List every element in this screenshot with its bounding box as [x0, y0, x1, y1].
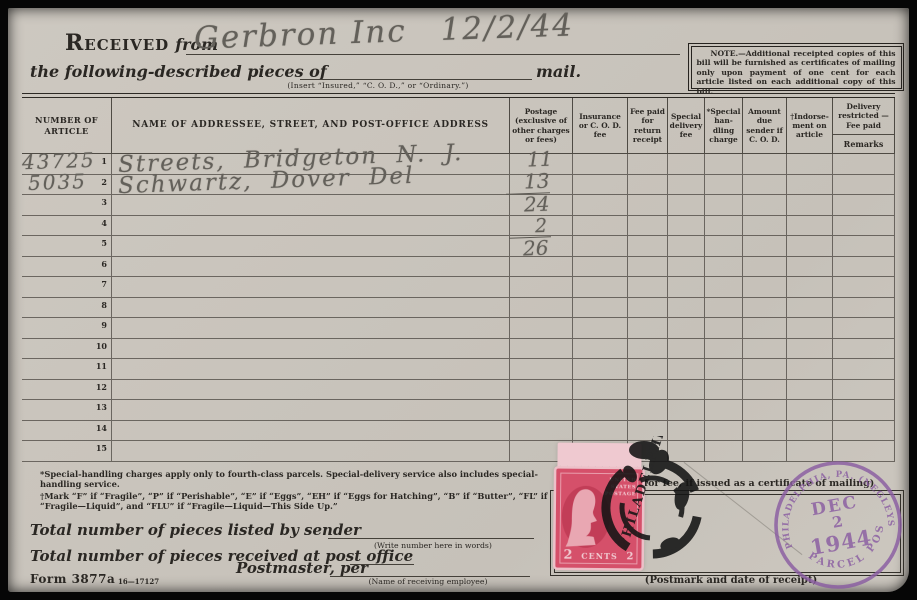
row-number: 15 [96, 441, 111, 453]
col-header-fee-4: Special delivery fee [668, 98, 705, 153]
table-cell [743, 298, 787, 319]
table-cell [705, 195, 743, 216]
table-cell [573, 339, 628, 360]
table-row: 14 [22, 421, 895, 442]
col-header-fee-2: Insurance or C. O. D. fee [573, 98, 628, 153]
table-cell [573, 400, 628, 421]
table-cell [628, 359, 668, 380]
insert-hint: (Insert “Insured,” “C. O. D.,” or “Ordin… [258, 81, 498, 90]
article-number-cell: 7 [22, 277, 112, 298]
table-cell [668, 236, 705, 257]
table-cell [705, 216, 743, 237]
table-cell [705, 318, 743, 339]
table-cell [573, 380, 628, 401]
mail-type-write-line [300, 52, 532, 80]
row-number: 14 [96, 421, 111, 433]
table-cell [787, 339, 833, 360]
delivery-restricted-label: Delivery restricted —Fee paid [833, 98, 894, 135]
table-cell [628, 257, 668, 278]
table-cell [743, 339, 787, 360]
table-cell [573, 216, 628, 237]
table-cell [743, 277, 787, 298]
table-cell [628, 318, 668, 339]
table-cell [112, 277, 510, 298]
received-label: Received [65, 30, 169, 56]
handwritten-sender-name: Gerbron Inc [193, 13, 407, 56]
table-cell [573, 318, 628, 339]
table-cell [787, 175, 833, 196]
table-cell [628, 339, 668, 360]
table-cell [705, 298, 743, 319]
article-number-cell: 13 [22, 400, 112, 421]
table-cell [628, 380, 668, 401]
col-header-fee-3: Fee paid for return receipt [628, 98, 668, 153]
table-cell [743, 421, 787, 442]
table-cell [743, 195, 787, 216]
table-cell [668, 154, 705, 175]
postage-subtotal: 24 [524, 192, 550, 217]
table-cell [510, 298, 573, 319]
table-cell [705, 400, 743, 421]
article-number-cell: 5 [22, 236, 112, 257]
table-cell [787, 400, 833, 421]
table-cell [668, 257, 705, 278]
table-cell [787, 380, 833, 401]
row-number: 5 [101, 236, 111, 248]
table-cell [833, 257, 895, 278]
col-header-fee-7: †Indorse- ment on article [787, 98, 833, 153]
table-row: 15 [22, 441, 895, 462]
total-listed-label: Total number of pieces listed by sender [30, 521, 361, 539]
article-number-cell: 9 [22, 318, 112, 339]
postmaster-write-line [330, 546, 530, 577]
table-cell [743, 216, 787, 237]
table-cell [628, 195, 668, 216]
table-cell [112, 318, 510, 339]
table-cell [510, 400, 573, 421]
article-number-cell: 15 [22, 441, 112, 462]
note-body: NOTE.—Additional receipted copies of thi… [697, 49, 896, 96]
row-number: 8 [101, 298, 111, 310]
employee-hint: (Name of receiving employee) [338, 577, 518, 586]
table-cell [573, 195, 628, 216]
table-cell [573, 277, 628, 298]
table-cell [705, 236, 743, 257]
table-cell [787, 236, 833, 257]
row-number: 12 [96, 380, 111, 392]
table-cell [743, 257, 787, 278]
black-cancel-mark: PHILADELPHIA [586, 436, 718, 578]
table-body: 123456789101112131415 [22, 154, 895, 462]
table-row: 12 [22, 380, 895, 401]
col-header-fee-1: Postage (exclusive of other charges or f… [510, 98, 573, 153]
table-cell [787, 277, 833, 298]
remarks-label: Remarks [833, 135, 894, 153]
table-cell [628, 154, 668, 175]
table-cell [743, 400, 787, 421]
table-cell [787, 216, 833, 237]
table-cell [112, 400, 510, 421]
table-cell [743, 318, 787, 339]
table-row: 3 [22, 195, 895, 216]
table-cell [573, 359, 628, 380]
table-cell [833, 421, 895, 442]
table-cell [510, 380, 573, 401]
article-number-cell: 6 [22, 257, 112, 278]
table-cell [705, 359, 743, 380]
col-header-number: NUMBER OF ARTICLE [22, 98, 112, 153]
table-row: 7 [22, 277, 895, 298]
footnotes: *Special-handling charges apply only to … [30, 469, 560, 512]
note-text: NOTE.—Additional receipted copies of thi… [691, 46, 902, 89]
article-number-cell: 11 [22, 359, 112, 380]
col-header-fee-5: *Special han- dling charge [705, 98, 743, 153]
table-cell [743, 380, 787, 401]
table-cell [743, 359, 787, 380]
table-cell [705, 175, 743, 196]
table-cell [668, 195, 705, 216]
purple-postmark: PHILADELPHIA, PA. (NEGLEYS MILL STA.) PA… [766, 453, 910, 597]
table-cell [573, 257, 628, 278]
table-cell [833, 195, 895, 216]
table-cell [573, 298, 628, 319]
table-cell [787, 359, 833, 380]
table-cell [668, 359, 705, 380]
table-cell [668, 400, 705, 421]
table-row: 8 [22, 298, 895, 319]
row-number: 4 [101, 216, 111, 228]
table-row: 4 [22, 216, 895, 237]
table-cell [833, 380, 895, 401]
table-cell [112, 339, 510, 360]
table-cell [833, 400, 895, 421]
table-cell [510, 277, 573, 298]
table-cell [787, 318, 833, 339]
table-cell [628, 298, 668, 319]
table-cell [787, 421, 833, 442]
table-cell [112, 421, 510, 442]
table-cell [833, 154, 895, 175]
note-box: NOTE.—Additional receipted copies of thi… [688, 43, 904, 91]
table-cell [787, 298, 833, 319]
table-cell [833, 216, 895, 237]
row-number: 7 [101, 277, 111, 289]
table-cell [112, 441, 510, 462]
table-cell [112, 298, 510, 319]
row-number: 9 [101, 318, 111, 330]
postage-2: 13 [524, 169, 550, 194]
table-cell [705, 257, 743, 278]
row-number: 3 [101, 195, 111, 207]
table-cell [705, 339, 743, 360]
table-cell [573, 154, 628, 175]
print-code: 16—17127 [118, 577, 159, 586]
table-row: 6 [22, 257, 895, 278]
table-cell [510, 359, 573, 380]
row-number: 11 [96, 359, 111, 371]
table-cell [743, 154, 787, 175]
table-row: 5 [22, 236, 895, 257]
table-cell [668, 175, 705, 196]
table-cell [705, 380, 743, 401]
table-cell [833, 277, 895, 298]
table-cell [510, 421, 573, 442]
table-cell [112, 195, 510, 216]
table-cell [510, 339, 573, 360]
table-cell [833, 236, 895, 257]
table-cell [787, 257, 833, 278]
table-row: 13 [22, 400, 895, 421]
handwritten-date: 12/2/44 [440, 7, 575, 48]
table-cell [668, 339, 705, 360]
row-number: 2 [101, 175, 111, 187]
row-number: 10 [96, 339, 111, 351]
table-cell [628, 400, 668, 421]
article-number-cell: 12 [22, 380, 112, 401]
table-cell [573, 236, 628, 257]
table-cell [833, 298, 895, 319]
table-cell [787, 195, 833, 216]
table-cell [112, 380, 510, 401]
table-cell [668, 380, 705, 401]
table-cell [705, 277, 743, 298]
table-cell [112, 236, 510, 257]
table-cell [628, 277, 668, 298]
form-paper: NOTE.—Additional receipted copies of thi… [8, 8, 909, 592]
table-cell [668, 318, 705, 339]
row-number: 6 [101, 257, 111, 269]
table-cell [743, 175, 787, 196]
scanned-receipt: NOTE.—Additional receipted copies of thi… [0, 0, 917, 600]
table-cell [628, 236, 668, 257]
table-cell [112, 216, 510, 237]
table-row: 11 [22, 359, 895, 380]
table-cell [833, 318, 895, 339]
article-number-cell: 4 [22, 216, 112, 237]
col-header-delivery-restricted: Delivery restricted —Fee paid Remarks [833, 98, 895, 153]
table-cell [787, 154, 833, 175]
table-cell [833, 175, 895, 196]
article-number-cell: 3 [22, 195, 112, 216]
table-cell [668, 298, 705, 319]
table-cell [668, 277, 705, 298]
table-cell [112, 257, 510, 278]
article-number-2: 5035 [28, 169, 88, 195]
form-number: Form 3877a [30, 572, 115, 586]
table-cell [628, 175, 668, 196]
table-cell [573, 175, 628, 196]
table-row: 9 [22, 318, 895, 339]
table-cell [833, 339, 895, 360]
table-cell [510, 318, 573, 339]
mail-label: mail. [536, 62, 581, 81]
pieces-label: the following-described pieces of [30, 62, 327, 81]
article-number-cell: 8 [22, 298, 112, 319]
postage-4: 2 [535, 215, 548, 237]
table-cell [668, 216, 705, 237]
article-number-cell: 10 [22, 339, 112, 360]
postage-total: 26 [523, 236, 549, 261]
table-row: 10 [22, 339, 895, 360]
row-number: 13 [96, 400, 111, 412]
table-cell [833, 359, 895, 380]
row-number: 1 [101, 154, 111, 166]
footnote-special-handling: *Special-handling charges apply only to … [30, 469, 560, 490]
article-number-cell: 14 [22, 421, 112, 442]
table-cell [743, 236, 787, 257]
denom-left: 2 [563, 548, 572, 563]
col-header-fee-6: Amount due sender if C. O. D. [743, 98, 787, 153]
table-cell [705, 154, 743, 175]
table-cell [112, 359, 510, 380]
table-cell [628, 216, 668, 237]
